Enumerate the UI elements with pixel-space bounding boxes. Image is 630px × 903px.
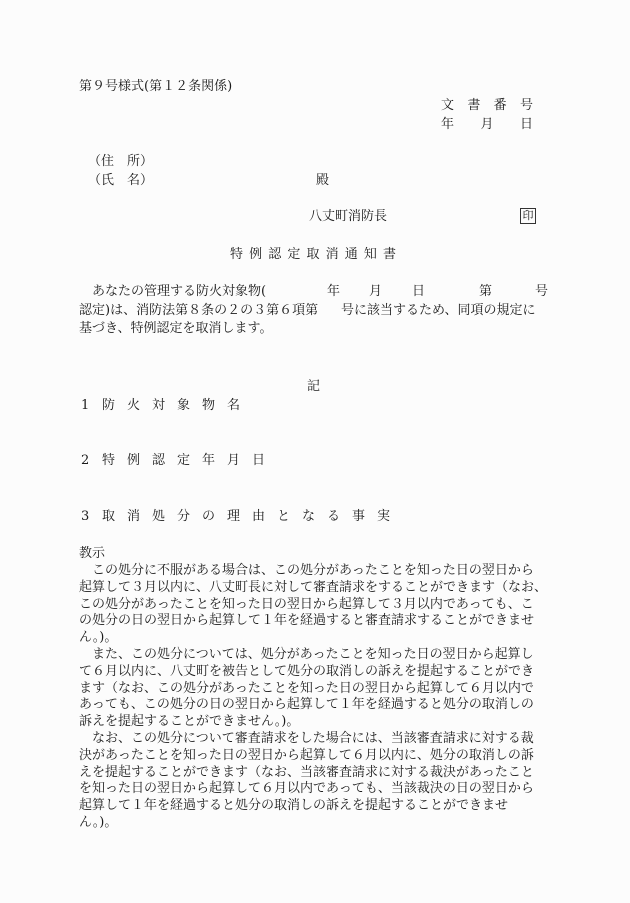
item-char: の	[202, 509, 227, 525]
item-char: な	[302, 509, 327, 525]
ki-label: 記	[307, 379, 320, 395]
item-char: 物	[202, 398, 227, 414]
name-label: （氏 名）	[88, 173, 153, 189]
body-year: 年	[327, 284, 340, 300]
instruction-line: ん。)。	[79, 630, 549, 647]
sender-name: 八丈町消防長	[309, 209, 387, 225]
item-char: 日	[252, 453, 277, 469]
item-char: 対	[152, 398, 177, 414]
date-label: 年 月 日	[441, 117, 533, 133]
honorific: 殿	[316, 173, 329, 189]
item-char: 理	[227, 509, 252, 525]
item-char: 定	[177, 453, 202, 469]
item-char: 分	[177, 509, 202, 525]
item-number: 1	[81, 398, 102, 414]
doc-number-char: 号	[520, 98, 533, 114]
item-char: 年	[202, 453, 227, 469]
instruction-line: 訴えを提起することができません。)。	[79, 714, 549, 731]
instruction-line: を知った日の翌日から起算して６月以内であっても、当該裁決の日の翌日から	[79, 781, 549, 798]
instruction-heading: 教示	[79, 546, 105, 562]
instruction-line: あっても、この処分の日の翌日から起算して１年を経過すると処分の取消しの	[79, 697, 549, 714]
item-char: 名	[227, 398, 252, 414]
date-year: 年	[441, 117, 454, 133]
item-char: 象	[177, 398, 202, 414]
body-dai: 第	[479, 284, 492, 300]
item-char: 火	[127, 398, 152, 414]
item-2: 2 特 例 認 定 年 月 日	[81, 453, 277, 469]
item-char: 取	[102, 509, 127, 525]
item-number: 3	[81, 509, 102, 525]
item-char: 特	[102, 453, 127, 469]
body-day: 日	[412, 284, 425, 300]
instruction-line: なお、この処分について審査請求をした場合には、当該審査請求に対する裁	[79, 731, 549, 748]
body-month: 月	[369, 284, 382, 300]
instruction-body: この処分に不服がある場合は、この処分があったことを知った日の翌日から 起算して３…	[79, 563, 549, 832]
item-char: 消	[127, 509, 152, 525]
instruction-line: この処分に不服がある場合は、この処分があったことを知った日の翌日から	[79, 563, 549, 580]
doc-number-char: 書	[467, 98, 480, 114]
item-char: 認	[152, 453, 177, 469]
item-1: 1 防 火 対 象 物 名	[81, 398, 252, 414]
doc-number-char: 文	[441, 98, 454, 114]
item-number: 2	[81, 453, 102, 469]
instruction-line: また、この処分については、処分があったことを知った日の翌日から起算し	[79, 647, 549, 664]
item-char: 月	[227, 453, 252, 469]
body-line-1-lead: あなたの管理する防火対象物(	[79, 284, 266, 300]
item-char: と	[277, 509, 302, 525]
item-3: 3 取 消 処 分 の 理 由 と な る 事 実	[81, 509, 402, 525]
item-char: 実	[377, 509, 402, 525]
date-day: 日	[520, 117, 533, 133]
instruction-line: えを提起することができます（なお、当該審査請求に対する裁決があったこと	[79, 765, 549, 782]
instruction-line: 決があったことを知った日の翌日から起算して６月以内に、処分の取消しの訴	[79, 748, 549, 765]
document-number-label: 文 書 番 号	[441, 98, 533, 114]
item-char: る	[327, 509, 352, 525]
instruction-line: ん。)。	[79, 815, 549, 832]
item-char: 処	[152, 509, 177, 525]
body-line-2a: 認定)は、消防法第８条の２の３第６項第	[79, 303, 318, 319]
form-label: 第９号様式(第１２条関係)	[79, 79, 232, 95]
address-label: （住 所）	[88, 154, 153, 170]
seal-mark: 印	[520, 208, 536, 224]
document-title: 特 例 認 定 取 消 通 知 書	[230, 247, 397, 263]
instruction-line: 起算して１年を経過すると処分の取消しの訴えを提起することができませ	[79, 798, 549, 815]
instruction-line: の処分の日の翌日から起算して１年を経過すると審査請求することができませ	[79, 613, 549, 630]
item-char: 事	[352, 509, 377, 525]
body-go: 号	[535, 284, 548, 300]
instruction-line: この処分があったことを知った日の翌日から起算して３月以内であっても、こ	[79, 597, 549, 614]
date-month: 月	[480, 117, 493, 133]
instruction-line: ます（なお、この処分があったことを知った日の翌日から起算して６月以内で	[79, 681, 549, 698]
instruction-line: 起算して３月以内に、八丈町長に対して審査請求をすることができます（なお、	[79, 580, 549, 597]
item-char: 例	[127, 453, 152, 469]
doc-number-char: 番	[494, 98, 507, 114]
body-line-3: 基づき、特例認定を取消します。	[79, 321, 272, 337]
item-char: 由	[252, 509, 277, 525]
instruction-line: て６月以内に、八丈町を被告として処分の取消しの訴えを提起することができ	[79, 664, 549, 681]
body-line-2b: 号に該当するため、同項の規定に	[341, 303, 535, 319]
item-char: 防	[102, 398, 127, 414]
